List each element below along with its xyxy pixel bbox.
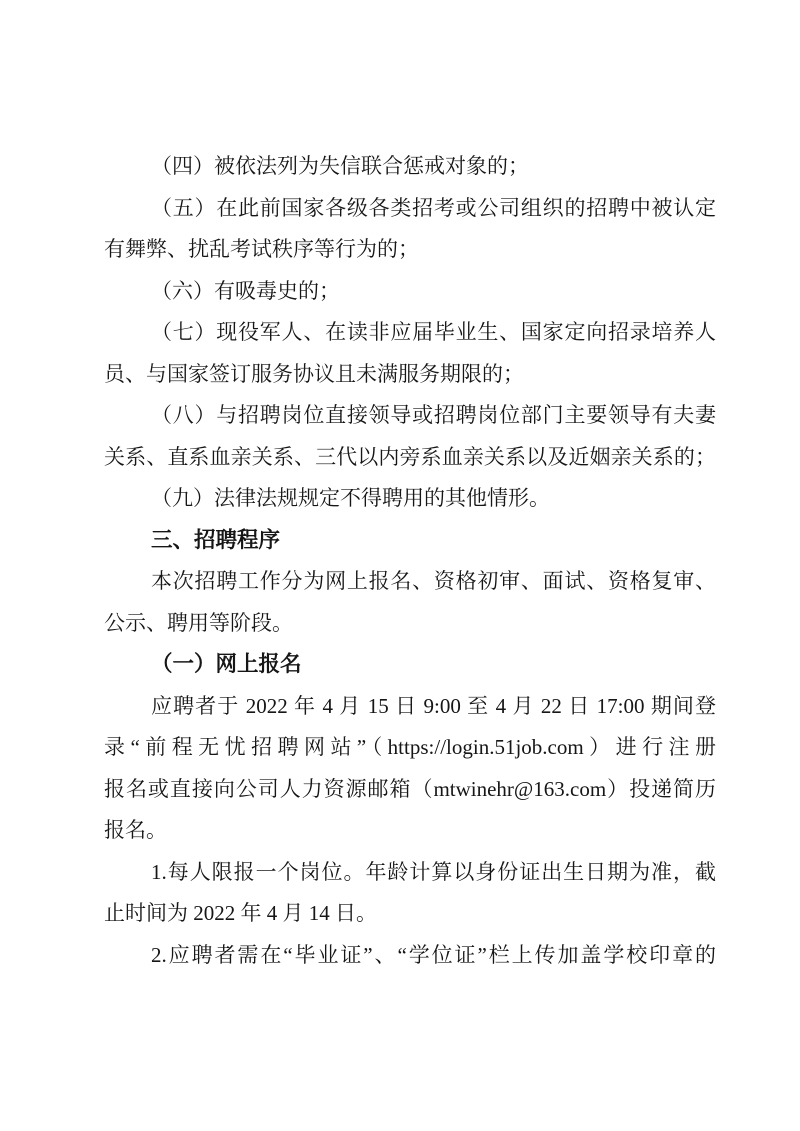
clause-item-8-line-2: 关系、直系血亲关系、三代以内旁系血亲关系以及近姻亲关系的； [104, 437, 716, 479]
clause-item-7-line-1: （七）现役军人、在读非应届毕业生、国家定向招录培养人 [104, 312, 716, 354]
registration-rule-1-line-1: 1.每人限报一个岗位。年龄计算以身份证出生日期为准，截 [104, 852, 716, 894]
registration-paragraph-line-2: 录“前程无忧招聘网站”（https://login.51job.com）进行注册 [104, 727, 716, 769]
section-heading-recruitment-procedure: 三、招聘程序 [104, 520, 716, 562]
registration-paragraph-line-3: 报名或直接向公司人力资源邮箱（mtwinehr@163.com）投递简历 [104, 769, 716, 811]
clause-item-7-line-2: 员、与国家签订服务协议且未满服务期限的； [104, 354, 716, 396]
registration-rule-1-line-2: 止时间为 2022 年 4 月 14 日。 [104, 893, 716, 935]
procedure-overview-line-1: 本次招聘工作分为网上报名、资格初审、面试、资格复审、 [104, 561, 716, 603]
registration-rule-2-line-1: 2.应聘者需在“毕业证”、“学位证”栏上传加盖学校印章的 [104, 935, 716, 977]
registration-paragraph-line-4: 报名。 [104, 810, 716, 852]
clause-item-9: （九）法律法规规定不得聘用的其他情形。 [104, 478, 716, 520]
clause-item-8-line-1: （八）与招聘岗位直接领导或招聘岗位部门主要领导有夫妻 [104, 395, 716, 437]
clause-item-5-line-1: （五）在此前国家各级各类招考或公司组织的招聘中被认定 [104, 188, 716, 230]
clause-item-5-line-2: 有舞弊、扰乱考试秩序等行为的； [104, 229, 716, 271]
subsection-heading-online-registration: （一）网上报名 [104, 644, 716, 686]
clause-item-6: （六）有吸毒史的； [104, 271, 716, 313]
document-page: （四）被依法列为失信联合惩戒对象的； （五）在此前国家各级各类招考或公司组织的招… [0, 0, 800, 1131]
procedure-overview-line-2: 公示、聘用等阶段。 [104, 603, 716, 645]
clause-item-4: （四）被依法列为失信联合惩戒对象的； [104, 146, 716, 188]
document-text-block: （四）被依法列为失信联合惩戒对象的； （五）在此前国家各级各类招考或公司组织的招… [104, 146, 716, 976]
registration-paragraph-line-1: 应聘者于 2022 年 4 月 15 日 9:00 至 4 月 22 日 17:… [104, 686, 716, 728]
